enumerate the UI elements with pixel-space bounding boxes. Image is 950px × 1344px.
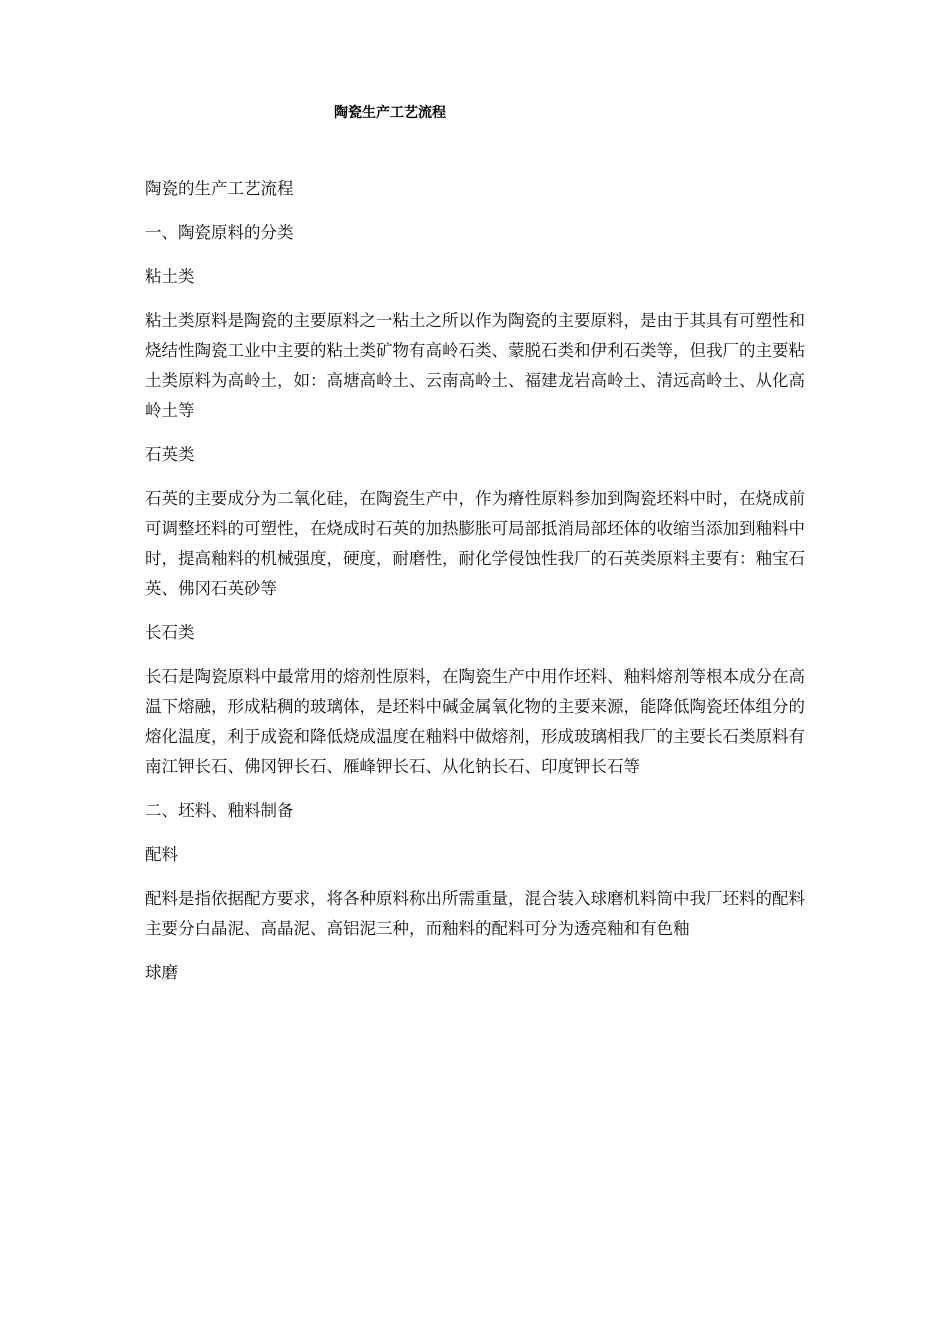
subheading-quartz: 石英类	[145, 440, 805, 470]
section-heading-body-glaze-prep: 二、坯料、釉料制备	[145, 796, 805, 826]
paragraph-quartz: 石英的主要成分为二氧化硅，在陶瓷生产中，作为瘠性原料参加到陶瓷坯料中时，在烧成前…	[145, 484, 805, 604]
document-body: 陶瓷的生产工艺流程 一、陶瓷原料的分类 粘土类 粘土类原料是陶瓷的主要原料之一粘…	[145, 174, 805, 1002]
section-heading-raw-material-classification: 一、陶瓷原料的分类	[145, 218, 805, 248]
document-page: 陶瓷生产工艺流程 陶瓷的生产工艺流程 一、陶瓷原料的分类 粘土类 粘土类原料是陶…	[0, 0, 950, 1344]
subheading-clay: 粘土类	[145, 262, 805, 292]
paragraph-feldspar: 长石是陶瓷原料中最常用的熔剂性原料，在陶瓷生产中用作坯料、釉料熔剂等根本成分在高…	[145, 662, 805, 782]
paragraph-batching: 配料是指依据配方要求，将各种原料称出所需重量，混合装入球磨机料筒中我厂坯料的配料…	[145, 884, 805, 944]
paragraph-clay: 粘土类原料是陶瓷的主要原料之一粘土之所以作为陶瓷的主要原料，是由于其具有可塑性和…	[145, 306, 805, 426]
section-intro-heading: 陶瓷的生产工艺流程	[145, 174, 805, 204]
document-title: 陶瓷生产工艺流程	[334, 103, 446, 123]
subheading-batching: 配料	[145, 840, 805, 870]
subheading-feldspar: 长石类	[145, 618, 805, 648]
subheading-ball-milling: 球磨	[145, 958, 805, 988]
